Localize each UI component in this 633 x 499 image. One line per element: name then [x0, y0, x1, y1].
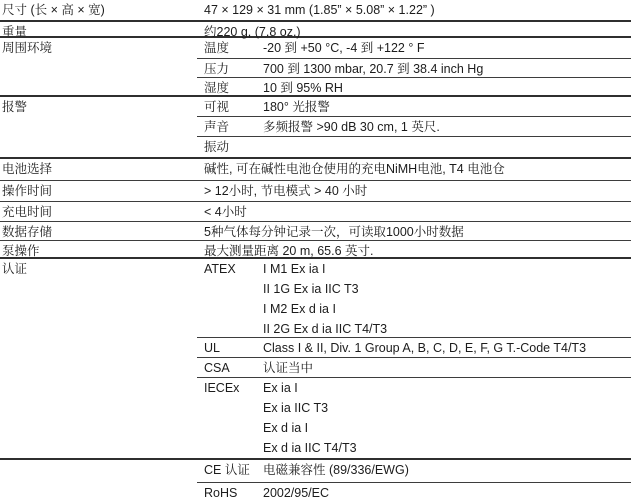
table-row: 压力700 到 1300 mbar, 20.7 到 38.4 inch Hg	[0, 59, 631, 78]
table-row: RoHS2002/95/EC	[0, 483, 631, 499]
table-row: I M2 Ex d ia I	[0, 299, 631, 319]
spec-content: RoHS2002/95/EC	[197, 483, 631, 499]
spec-sublabel: 湿度	[204, 78, 263, 95]
spec-value: 多频报警 >90 dB 30 cm, 1 英尺.	[263, 117, 631, 136]
spec-sheet-page: 尺寸 (长 × 高 × 宽)47 × 129 × 31 mm (1.85” × …	[0, 0, 633, 499]
spec-label	[0, 483, 197, 499]
spec-content: ATEXI M1 Ex ia I	[197, 259, 631, 279]
spec-value: 最大测量距离 20 m, 65.6 英寸.	[204, 241, 631, 257]
spec-content: CE 认证电磁兼容性 (89/336/EWG)	[197, 460, 631, 483]
spec-value: Ex ia IIC T3	[263, 398, 631, 418]
spec-value: 180° 光报警	[263, 97, 631, 116]
spec-content: 声音多频报警 >90 dB 30 cm, 1 英尺.	[197, 117, 631, 137]
table-row: CSA认证当中	[0, 358, 631, 378]
spec-value: > 12小时, 节电模式 > 40 小时	[204, 181, 631, 201]
spec-label	[0, 358, 197, 378]
spec-value: Ex d ia I	[263, 418, 631, 438]
spec-label: 操作时间	[0, 181, 197, 201]
table-row: IECExEx ia I	[0, 378, 631, 398]
spec-content: ULClass I & II, Div. 1 Group A, B, C, D,…	[197, 338, 631, 358]
spec-label	[0, 398, 197, 418]
table-row: 报警可视180° 光报警	[0, 97, 631, 117]
spec-value: 47 × 129 × 31 mm (1.85” × 5.08” × 1.22” …	[204, 0, 631, 20]
spec-sublabel: 压力	[204, 59, 263, 77]
spec-value: -20 到 +50 °C, -4 到 +122 ° F	[263, 38, 631, 58]
spec-content: CSA认证当中	[197, 358, 631, 378]
spec-content: 约220 g, (7.8 oz.)	[197, 22, 631, 36]
spec-label: 报警	[0, 97, 197, 117]
spec-sublabel: CE 认证	[204, 460, 263, 482]
spec-content: 最大测量距离 20 m, 65.6 英寸.	[197, 241, 631, 257]
table-row: Ex ia IIC T3	[0, 398, 631, 418]
spec-content: Ex d ia I	[197, 418, 631, 438]
spec-table: 尺寸 (长 × 高 × 宽)47 × 129 × 31 mm (1.85” × …	[0, 0, 631, 499]
spec-label: 尺寸 (长 × 高 × 宽)	[0, 0, 197, 20]
spec-label	[0, 319, 197, 338]
spec-value: 700 到 1300 mbar, 20.7 到 38.4 inch Hg	[263, 59, 631, 77]
table-row: 周围环境温度-20 到 +50 °C, -4 到 +122 ° F	[0, 38, 631, 59]
spec-content: 碱性, 可在碱性电池仓使用的充电NiMH电池, T4 电池仓	[197, 159, 631, 180]
spec-content: 温度-20 到 +50 °C, -4 到 +122 ° F	[197, 38, 631, 59]
table-row: 数据存储5种气体每分钟记录一次，可读取1000小时数据	[0, 222, 631, 241]
spec-value: Ex ia I	[263, 378, 631, 398]
spec-value: II 2G Ex d ia IIC T4/T3	[263, 319, 631, 337]
spec-sublabel: 振动	[204, 137, 263, 157]
spec-value: < 4小时	[204, 202, 631, 221]
spec-label: 泵操作	[0, 241, 197, 257]
spec-value: 约220 g, (7.8 oz.)	[204, 22, 631, 36]
spec-sublabel	[204, 279, 263, 299]
spec-label	[0, 279, 197, 299]
table-row: II 2G Ex d ia IIC T4/T3	[0, 319, 631, 338]
spec-value: 10 到 95% RH	[263, 78, 631, 95]
spec-label	[0, 338, 197, 358]
spec-sublabel: 可视	[204, 97, 263, 116]
spec-sublabel: IECEx	[204, 378, 263, 398]
spec-value: 2002/95/EC	[263, 483, 631, 499]
spec-value: 碱性, 可在碱性电池仓使用的充电NiMH电池, T4 电池仓	[204, 159, 631, 180]
spec-content: II 2G Ex d ia IIC T4/T3	[197, 319, 631, 338]
spec-sublabel: ATEX	[204, 259, 263, 279]
spec-value: 电磁兼容性 (89/336/EWG)	[263, 460, 631, 482]
table-row: 湿度10 到 95% RH	[0, 78, 631, 97]
table-row: 认证ATEXI M1 Ex ia I	[0, 259, 631, 279]
spec-content: > 12小时, 节电模式 > 40 小时	[197, 181, 631, 201]
spec-label	[0, 438, 197, 458]
spec-sublabel: UL	[204, 338, 263, 357]
spec-content: 湿度10 到 95% RH	[197, 78, 631, 95]
spec-label	[0, 59, 197, 78]
spec-label: 电池选择	[0, 159, 197, 180]
table-row: Ex d ia IIC T4/T3	[0, 438, 631, 460]
spec-value: Class I & II, Div. 1 Group A, B, C, D, E…	[263, 338, 631, 357]
spec-sublabel: 温度	[204, 38, 263, 58]
spec-label	[0, 78, 197, 95]
table-row: 泵操作最大测量距离 20 m, 65.6 英寸.	[0, 241, 631, 259]
spec-label	[0, 137, 197, 157]
spec-label	[0, 378, 197, 398]
spec-value: 5种气体每分钟记录一次，可读取1000小时数据	[204, 222, 631, 240]
spec-value: 认证当中	[263, 358, 631, 377]
table-row: II 1G Ex ia IIC T3	[0, 279, 631, 299]
spec-label: 认证	[0, 259, 197, 279]
spec-value: I M2 Ex d ia I	[263, 299, 631, 319]
spec-sublabel: CSA	[204, 358, 263, 377]
table-row: CE 认证电磁兼容性 (89/336/EWG)	[0, 460, 631, 483]
table-row: 尺寸 (长 × 高 × 宽)47 × 129 × 31 mm (1.85” × …	[0, 0, 631, 22]
spec-content: II 1G Ex ia IIC T3	[197, 279, 631, 299]
spec-label	[0, 117, 197, 137]
table-row: ULClass I & II, Div. 1 Group A, B, C, D,…	[0, 338, 631, 358]
spec-label: 周围环境	[0, 38, 197, 59]
spec-sublabel	[204, 299, 263, 319]
spec-sublabel	[204, 398, 263, 418]
spec-label	[0, 418, 197, 438]
spec-sublabel	[204, 438, 263, 458]
spec-value	[263, 137, 631, 157]
table-row: 操作时间> 12小时, 节电模式 > 40 小时	[0, 181, 631, 202]
spec-label	[0, 460, 197, 483]
spec-content: < 4小时	[197, 202, 631, 221]
spec-label: 重量	[0, 22, 197, 36]
spec-value: I M1 Ex ia I	[263, 259, 631, 279]
table-row: 声音多频报警 >90 dB 30 cm, 1 英尺.	[0, 117, 631, 137]
table-row: 重量约220 g, (7.8 oz.)	[0, 22, 631, 38]
spec-value: II 1G Ex ia IIC T3	[263, 279, 631, 299]
spec-content: 振动	[197, 137, 631, 157]
spec-content: I M2 Ex d ia I	[197, 299, 631, 319]
spec-content: 47 × 129 × 31 mm (1.85” × 5.08” × 1.22” …	[197, 0, 631, 20]
table-row: 振动	[0, 137, 631, 159]
spec-content: 可视180° 光报警	[197, 97, 631, 117]
spec-sublabel	[204, 319, 263, 337]
spec-sublabel: 声音	[204, 117, 263, 136]
spec-label: 数据存储	[0, 222, 197, 240]
spec-content: Ex ia IIC T3	[197, 398, 631, 418]
table-row: 电池选择碱性, 可在碱性电池仓使用的充电NiMH电池, T4 电池仓	[0, 159, 631, 181]
spec-content: 5种气体每分钟记录一次，可读取1000小时数据	[197, 222, 631, 240]
spec-sublabel	[204, 418, 263, 438]
table-row: Ex d ia I	[0, 418, 631, 438]
spec-content: Ex d ia IIC T4/T3	[197, 438, 631, 458]
spec-content: 压力700 到 1300 mbar, 20.7 到 38.4 inch Hg	[197, 59, 631, 78]
spec-content: IECExEx ia I	[197, 378, 631, 398]
spec-label: 充电时间	[0, 202, 197, 221]
spec-value: Ex d ia IIC T4/T3	[263, 438, 631, 458]
spec-sublabel: RoHS	[204, 483, 263, 499]
table-row: 充电时间< 4小时	[0, 202, 631, 222]
spec-label	[0, 299, 197, 319]
